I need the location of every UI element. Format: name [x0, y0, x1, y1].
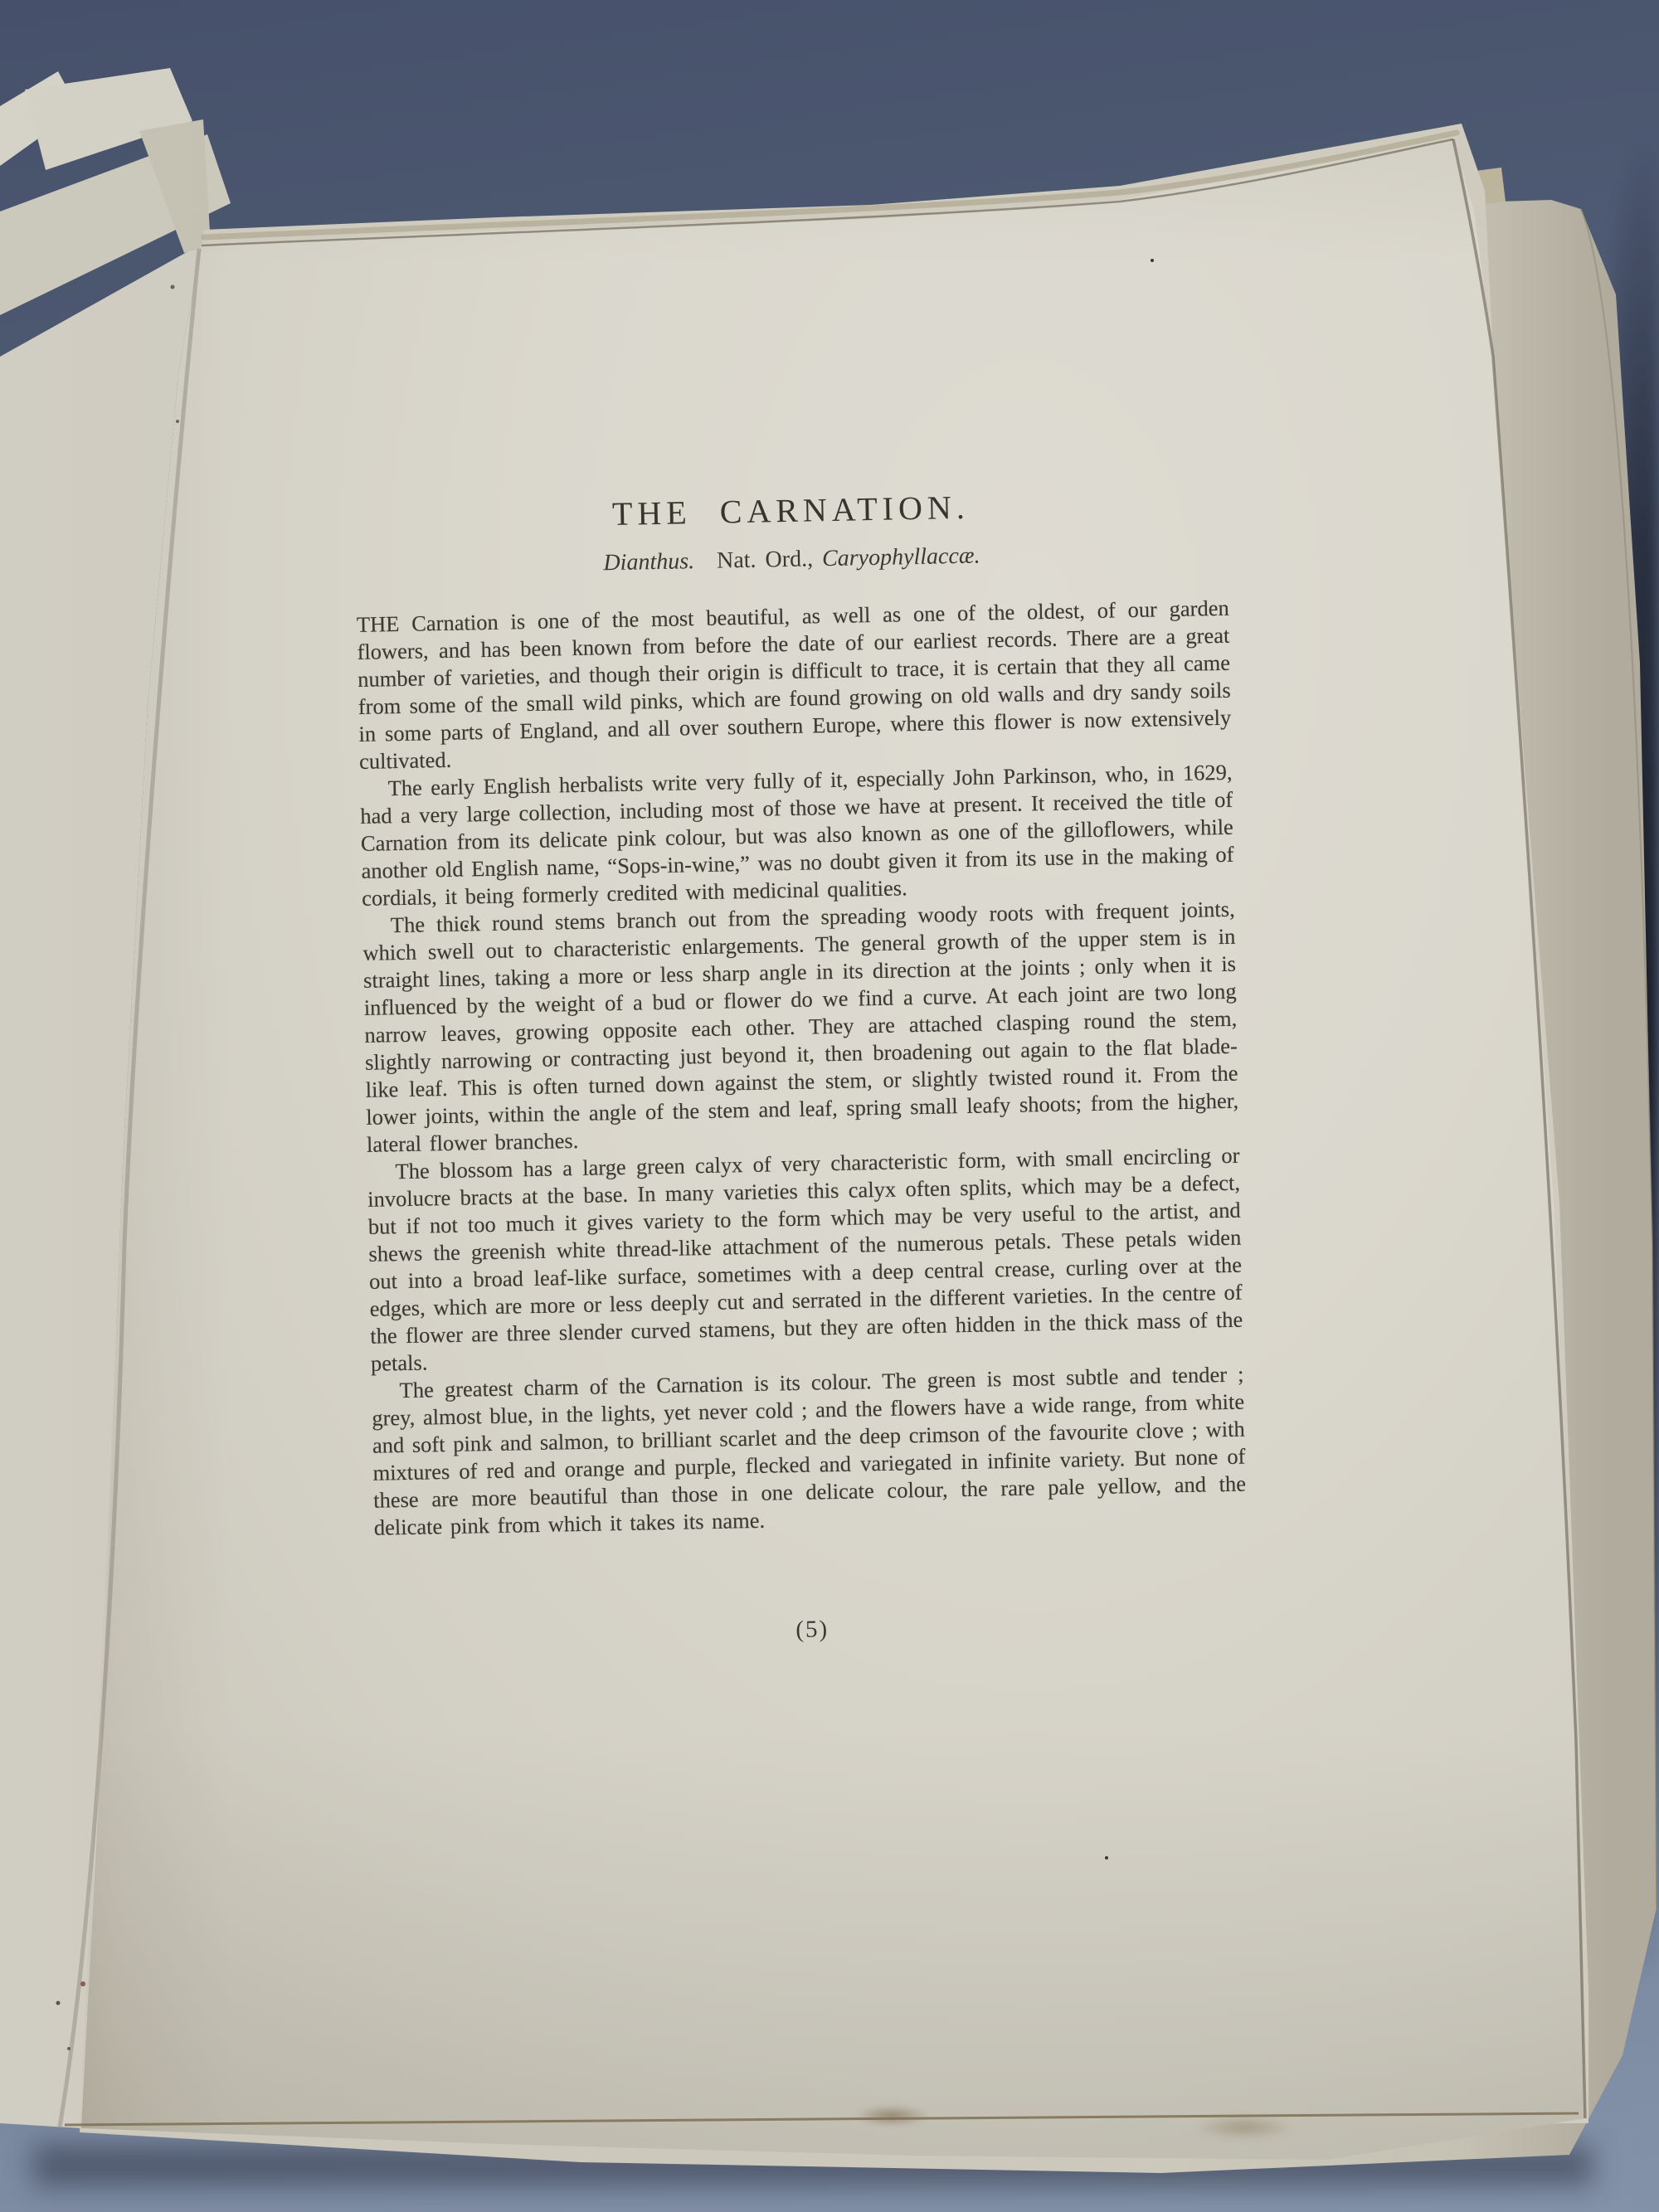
paper-speck	[465, 925, 468, 928]
subtitle-family: Caryophyllaccæ.	[822, 543, 980, 572]
subtitle-genus: Dianthus.	[603, 548, 694, 576]
paragraph-2: The early English herbalists write very …	[359, 759, 1234, 912]
paper-speck	[1151, 259, 1154, 262]
article-body: THE Carnation is one of the most beautif…	[357, 595, 1247, 1542]
subtitle-nat-ord: Nat. Ord.,	[717, 546, 814, 573]
book-page: THE CARNATION. Dianthus. Nat. Ord., Cary…	[0, 0, 1659, 2212]
paper-smudge	[1194, 2115, 1294, 2140]
book-photo-scene: THE CARNATION. Dianthus. Nat. Ord., Cary…	[0, 0, 1659, 2212]
paragraph-3: The thick round stems branch out from th…	[362, 896, 1240, 1159]
paragraph-4: The blossom has a large green calyx of v…	[367, 1142, 1243, 1378]
paper-speck	[1105, 1856, 1108, 1860]
paragraph-1: THE Carnation is one of the most beautif…	[357, 595, 1233, 775]
page-title: THE CARNATION.	[354, 483, 1228, 538]
page-subtitle: Dianthus. Nat. Ord., Caryophyllaccæ.	[355, 538, 1228, 581]
paragraph-5: The greatest charm of the Carnation is i…	[371, 1361, 1247, 1542]
page-number: (5)	[376, 1608, 1248, 1652]
page-text-block: THE CARNATION. Dianthus. Nat. Ord., Cary…	[354, 483, 1248, 1652]
paper-smudge	[854, 2105, 929, 2127]
